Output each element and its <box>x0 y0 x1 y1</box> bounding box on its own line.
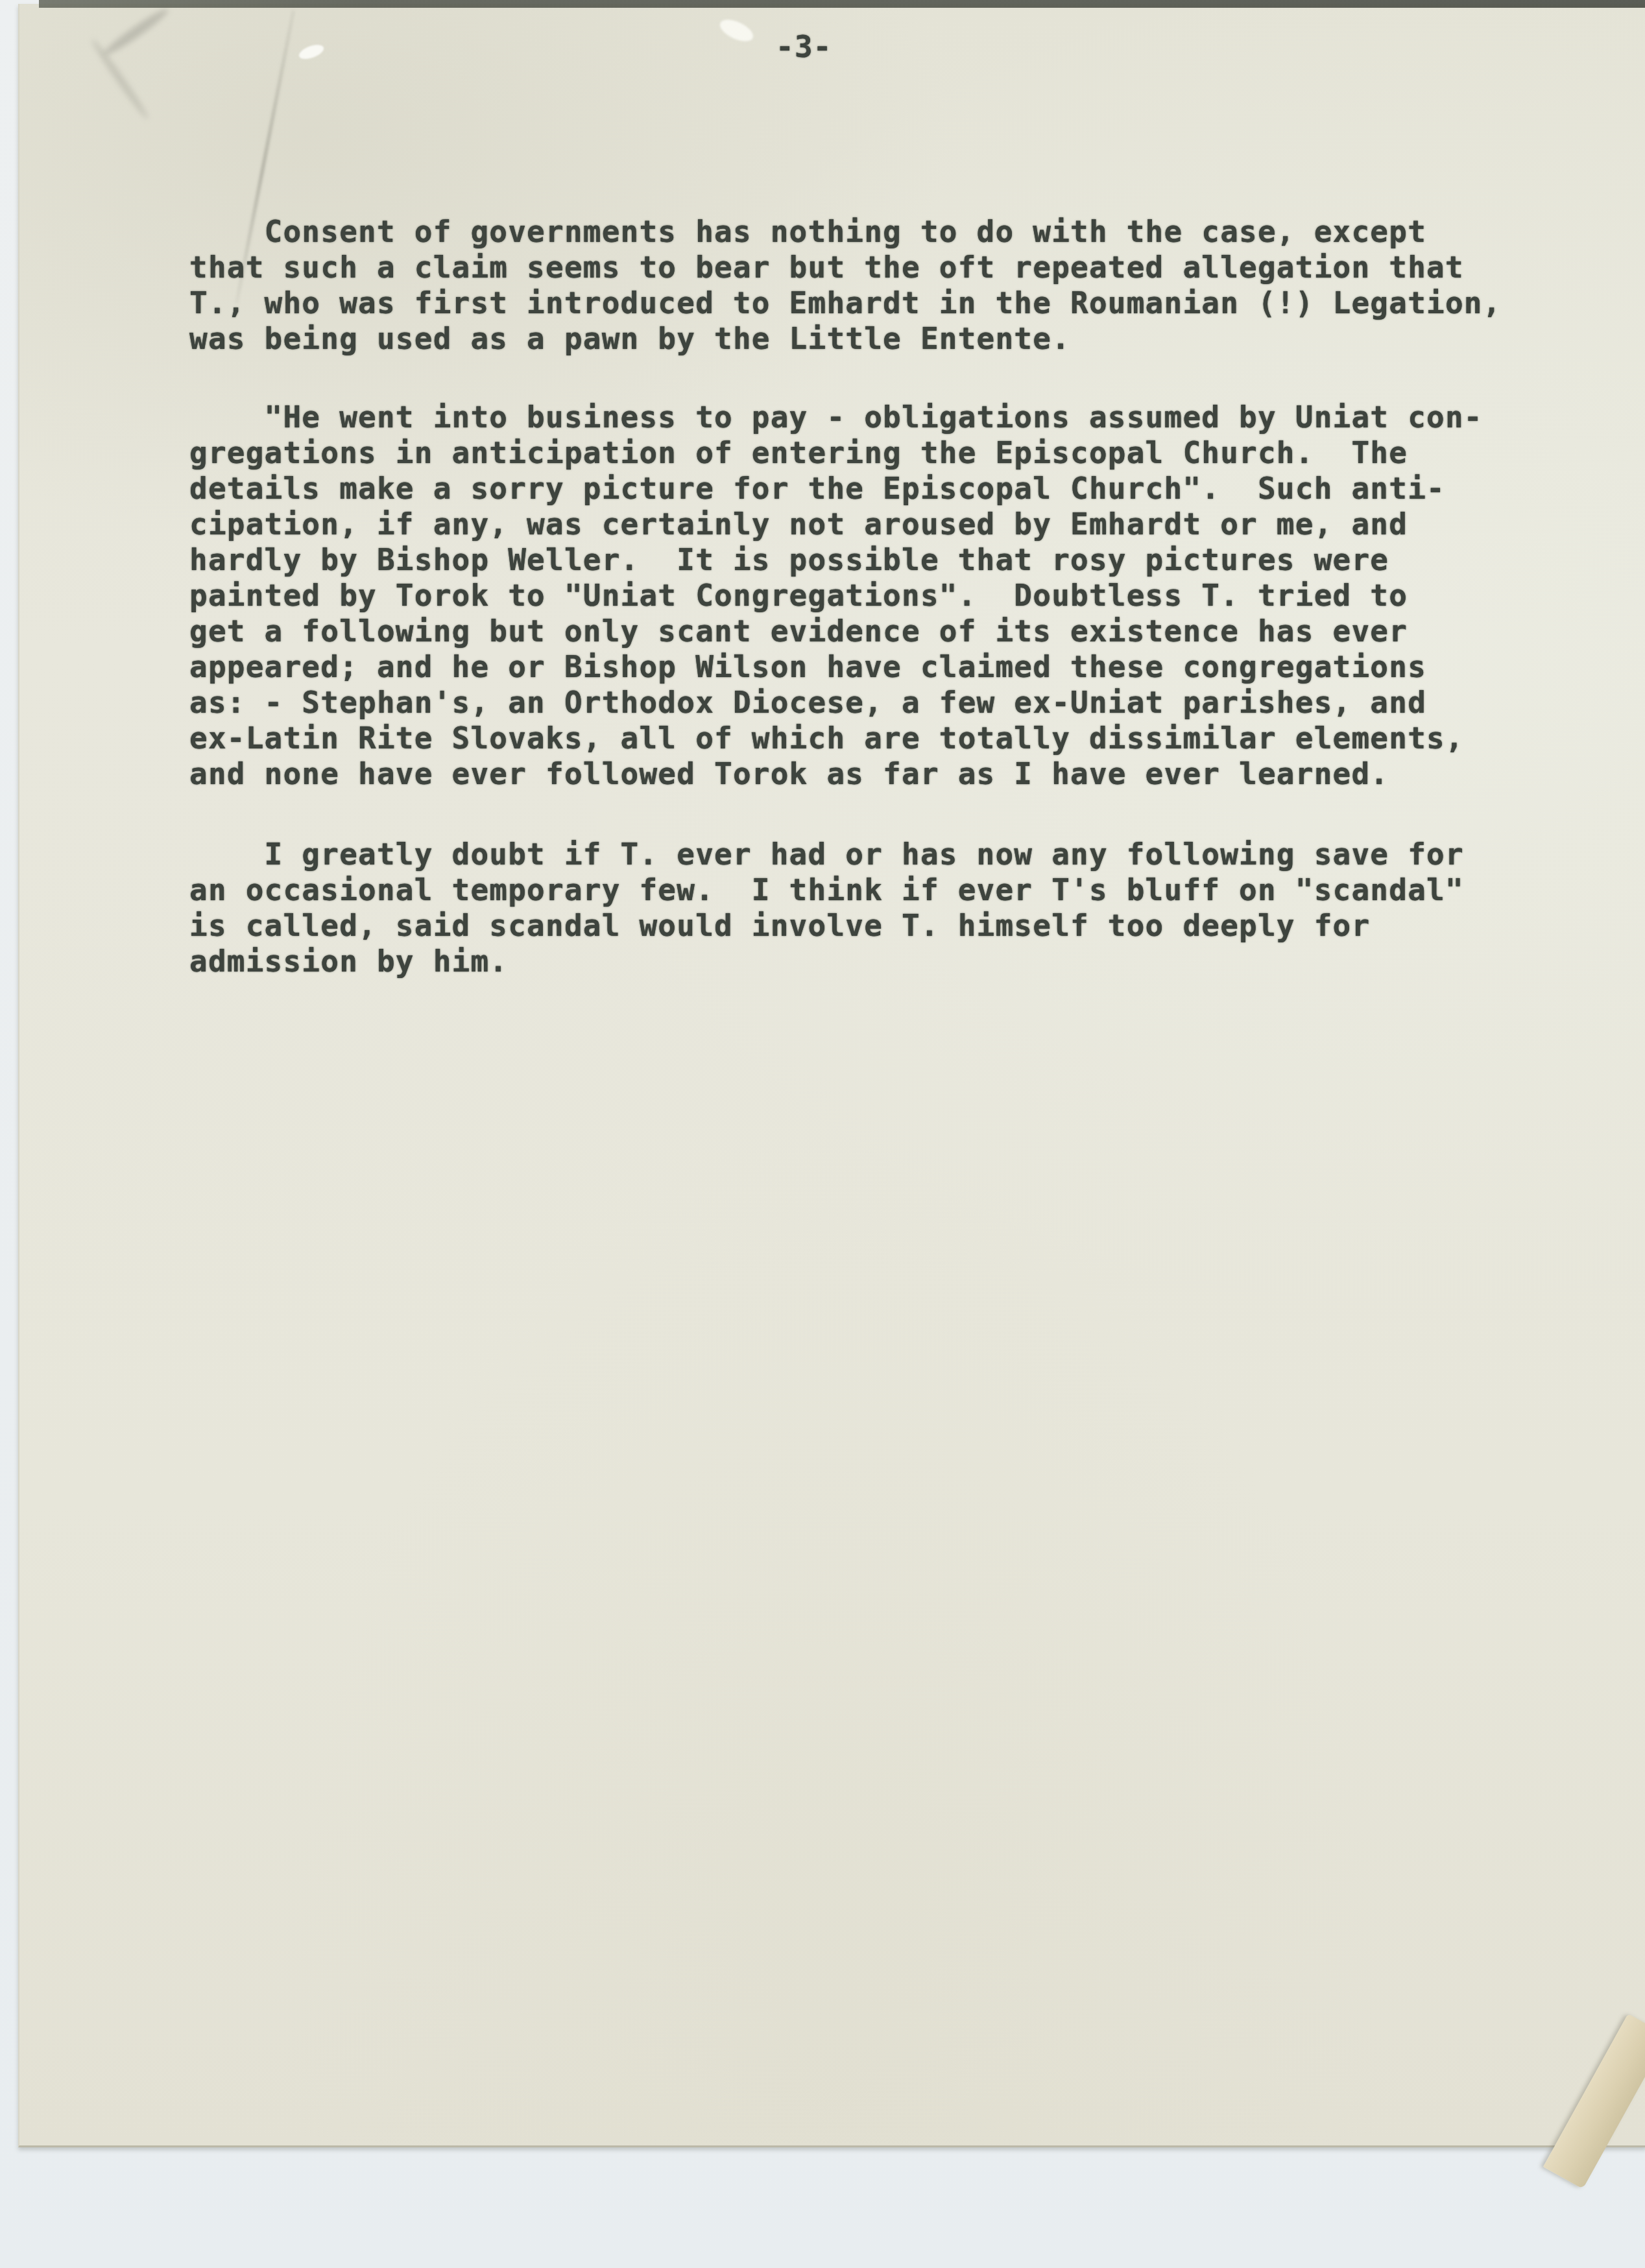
pencil-smudge <box>89 37 151 121</box>
typewritten-paragraph: I greatly doubt if T. ever had or has no… <box>189 837 1591 979</box>
typewritten-paragraph: Consent of governments has nothing to do… <box>189 214 1591 357</box>
typewritten-paragraph: "He went into business to pay - obligati… <box>189 400 1591 792</box>
scanner-background: -3- Consent of governments has nothing t… <box>0 0 1645 2268</box>
paper-chip <box>297 42 326 62</box>
scanner-top-edge <box>39 0 1645 8</box>
page-number: -3- <box>776 29 832 65</box>
pencil-smudge <box>101 5 171 58</box>
paper-chip <box>717 16 756 46</box>
